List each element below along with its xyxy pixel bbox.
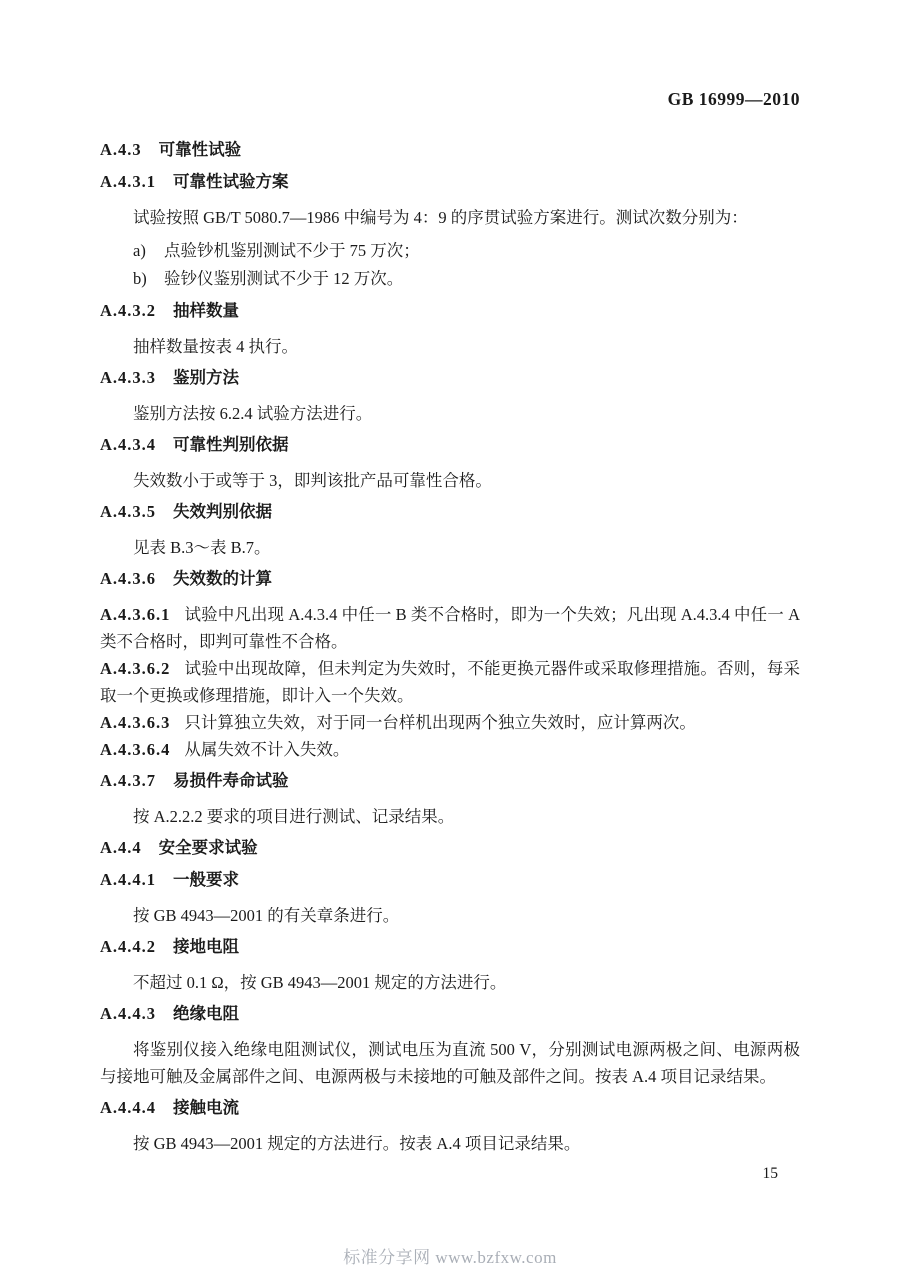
clause-title: 可靠性试验方案 (173, 172, 289, 191)
body-paragraph: 抽样数量按表 4 执行。 (100, 333, 800, 360)
clause-number: A.4.3 (100, 140, 142, 159)
clause-block: A.4.3.6.1试验中凡出现 A.4.3.4 中任一 B 类不合格时，即为一个… (100, 601, 800, 763)
watermark: 标准分享网 www.bzfxw.com (343, 1243, 557, 1268)
list-marker: b) (133, 265, 164, 293)
clause-paragraph: A.4.3.6.1试验中凡出现 A.4.3.4 中任一 B 类不合格时，即为一个… (100, 601, 800, 655)
page-number: 15 (100, 1165, 800, 1183)
clause-title: 一般要求 (173, 870, 239, 889)
clause-heading-a431: A.4.3.1可靠性试验方案 (100, 172, 800, 191)
list-item: a) 点验钞机鉴别测试不少于 75 万次； (100, 237, 800, 265)
clause-title: 易损件寿命试验 (173, 771, 289, 790)
clause-title: 接地电阻 (173, 937, 239, 956)
list-text: 验钞仪鉴别测试不少于 12 万次。 (164, 265, 403, 293)
clause-number: A.4.3.5 (100, 502, 156, 521)
body-paragraph: 失效数小于或等于 3，即判该批产品可靠性合格。 (100, 467, 800, 494)
standard-number: GB 16999—2010 (100, 88, 800, 110)
clause-number: A.4.4.4 (100, 1098, 156, 1117)
clause-paragraph-text: 只计算独立失效，对于同一台样机出现两个独立失效时，应计算两次。 (184, 713, 696, 732)
enumerated-list: a) 点验钞机鉴别测试不少于 75 万次； b) 验钞仪鉴别测试不少于 12 万… (100, 237, 800, 293)
clause-number: A.4.4 (100, 838, 142, 857)
clause-paragraph-number: A.4.3.6.3 (100, 713, 170, 732)
body-paragraph: 见表 B.3～表 B.7。 (100, 534, 800, 561)
clause-number: A.4.3.3 (100, 368, 156, 387)
body-paragraph: 按 A.2.2.2 要求的项目进行测试、记录结果。 (100, 803, 800, 830)
clause-title: 鉴别方法 (173, 368, 239, 387)
clause-number: A.4.4.1 (100, 870, 156, 889)
clause-number: A.4.3.1 (100, 172, 156, 191)
clause-paragraph-text: 试验中出现故障，但未判定为失效时，不能更换元器件或采取修理措施。否则，每采取一个… (100, 659, 800, 705)
clause-paragraph: A.4.3.6.4从属失效不计入失效。 (100, 736, 800, 763)
clause-number: A.4.4.2 (100, 937, 156, 956)
body-paragraph: 试验按照 GB/T 5080.7—1986 中编号为 4：9 的序贯试验方案进行… (100, 204, 800, 231)
clause-paragraph: A.4.3.6.2试验中出现故障，但未判定为失效时，不能更换元器件或采取修理措施… (100, 655, 800, 709)
clause-title: 接触电流 (173, 1098, 239, 1117)
body-paragraph: 鉴别方法按 6.2.4 试验方法进行。 (100, 400, 800, 427)
clause-heading-a437: A.4.3.7易损件寿命试验 (100, 771, 800, 790)
clause-title: 可靠性判别依据 (173, 435, 289, 454)
clause-heading-a441: A.4.4.1一般要求 (100, 870, 800, 889)
clause-heading-a435: A.4.3.5失效判别依据 (100, 502, 800, 521)
document-page: GB 16999—2010 A.4.3可靠性试验 A.4.3.1可靠性试验方案 … (0, 0, 900, 1183)
clause-number: A.4.3.7 (100, 771, 156, 790)
clause-title: 失效判别依据 (173, 502, 272, 521)
body-paragraph: 将鉴别仪接入绝缘电阻测试仪，测试电压为直流 500 V，分别测试电源两极之间、电… (100, 1036, 800, 1090)
clause-title: 抽样数量 (173, 301, 239, 320)
clause-heading-a432: A.4.3.2抽样数量 (100, 301, 800, 320)
clause-number: A.4.4.3 (100, 1004, 156, 1023)
body-paragraph: 按 GB 4943—2001 规定的方法进行。按表 A.4 项目记录结果。 (100, 1130, 800, 1157)
clause-heading-a433: A.4.3.3鉴别方法 (100, 368, 800, 387)
clause-number: A.4.3.6 (100, 569, 156, 588)
clause-heading-a44: A.4.4安全要求试验 (100, 838, 800, 857)
list-text: 点验钞机鉴别测试不少于 75 万次； (164, 237, 420, 265)
list-marker: a) (133, 237, 164, 265)
clause-paragraph-text: 试验中凡出现 A.4.3.4 中任一 B 类不合格时，即为一个失效；凡出现 A.… (100, 605, 800, 651)
clause-paragraph-number: A.4.3.6.1 (100, 605, 170, 624)
clause-number: A.4.3.4 (100, 435, 156, 454)
clause-heading-a43: A.4.3可靠性试验 (100, 140, 800, 159)
clause-number: A.4.3.2 (100, 301, 156, 320)
clause-title: 可靠性试验 (159, 140, 242, 159)
list-item: b) 验钞仪鉴别测试不少于 12 万次。 (100, 265, 800, 293)
clause-heading-a443: A.4.4.3绝缘电阻 (100, 1004, 800, 1023)
clause-title: 失效数的计算 (173, 569, 272, 588)
clause-heading-a436: A.4.3.6失效数的计算 (100, 569, 800, 588)
clause-paragraph: A.4.3.6.3只计算独立失效，对于同一台样机出现两个独立失效时，应计算两次。 (100, 709, 800, 736)
clause-paragraph-number: A.4.3.6.2 (100, 659, 170, 678)
clause-title: 安全要求试验 (159, 838, 258, 857)
body-paragraph: 按 GB 4943—2001 的有关章条进行。 (100, 902, 800, 929)
clause-paragraph-text: 从属失效不计入失效。 (184, 740, 349, 759)
clause-heading-a434: A.4.3.4可靠性判别依据 (100, 435, 800, 454)
body-paragraph: 不超过 0.1 Ω，按 GB 4943—2001 规定的方法进行。 (100, 969, 800, 996)
clause-heading-a444: A.4.4.4接触电流 (100, 1098, 800, 1117)
clause-heading-a442: A.4.4.2接地电阻 (100, 937, 800, 956)
clause-paragraph-number: A.4.3.6.4 (100, 740, 170, 759)
clause-title: 绝缘电阻 (173, 1004, 239, 1023)
